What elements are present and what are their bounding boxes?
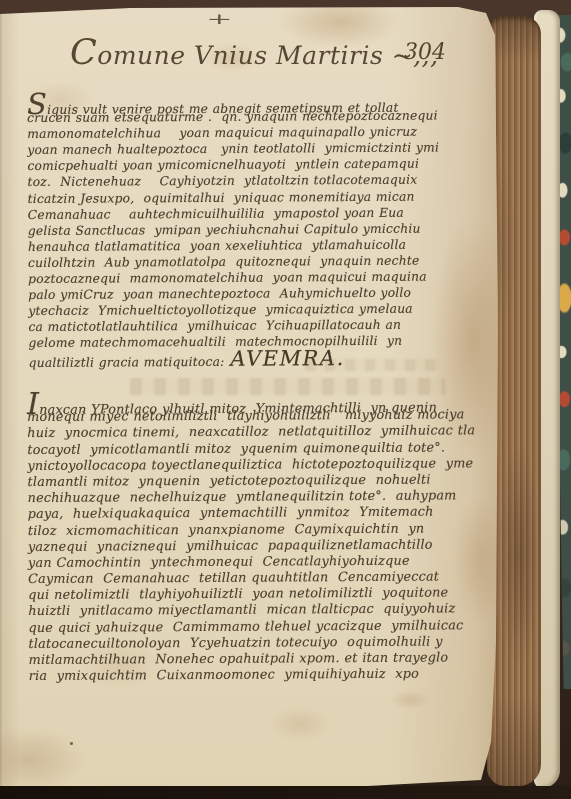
ink-speck [70, 742, 73, 745]
manuscript-line-ave-maria: qualtiliztli gracia matiquitoca: AVEMRA. [29, 349, 443, 368]
page-title: Comune Vnius Martiris ∼,,, [70, 33, 400, 73]
paragraph-2: Inaxcan YPontlaco ylhuitl mitoz Ymintema… [27, 391, 457, 685]
ave-maria-large-text: AVEMRA. [230, 350, 344, 367]
page-number: 304 [404, 40, 446, 65]
manuscript-line: paya, huelxiquakaquica yntemachtilli ynm… [28, 505, 456, 524]
ave-line-text: qualtiliztli gracia matiquitoca: [29, 353, 225, 370]
manuscript-line: ria ymixquichtim Cuixanmoomonec ymiquihi… [29, 667, 457, 686]
manuscript-photo: + Comune Vnius Martiris ∼,,, 304 Siquis … [0, 0, 571, 799]
manuscript-line: huiz ynocmica tinemi, neaxcatilloz netla… [27, 424, 455, 443]
manuscript-page: + Comune Vnius Martiris ∼,,, 304 Siquis … [0, 0, 500, 799]
paragraph-1: Siquis vult venire post me abnegit semet… [27, 91, 443, 367]
cross-mark: + [206, 10, 232, 28]
manuscript-line: toz. Nictenehuaz Cayhiyotzin ytlatoltzin… [27, 172, 441, 191]
book-binding-bottom [0, 786, 571, 799]
